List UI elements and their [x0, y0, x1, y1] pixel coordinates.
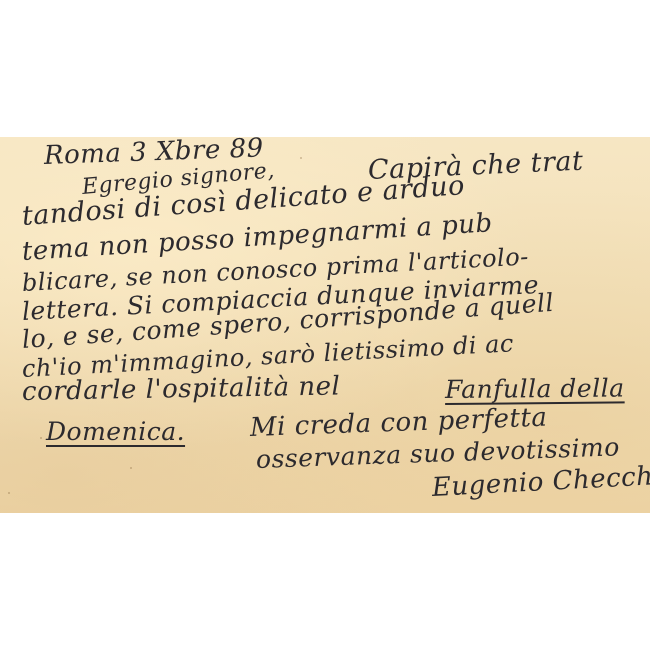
newspaper-title-continued: Domenica.: [46, 417, 185, 446]
letter-signature: Eugenio Checchi: [431, 461, 650, 503]
paper-speck: [300, 157, 302, 159]
paper-speck: [40, 437, 42, 439]
letter-paper: Roma 3 Xbre 89 Capirà che trat Egregio s…: [0, 137, 650, 513]
newspaper-title: Fanfulla della: [445, 373, 625, 404]
page: Roma 3 Xbre 89 Capirà che trat Egregio s…: [0, 0, 650, 650]
paper-speck: [8, 492, 10, 494]
letter-line: cordarle l'ospitalità nel: [22, 371, 341, 407]
paper-speck: [130, 467, 132, 469]
